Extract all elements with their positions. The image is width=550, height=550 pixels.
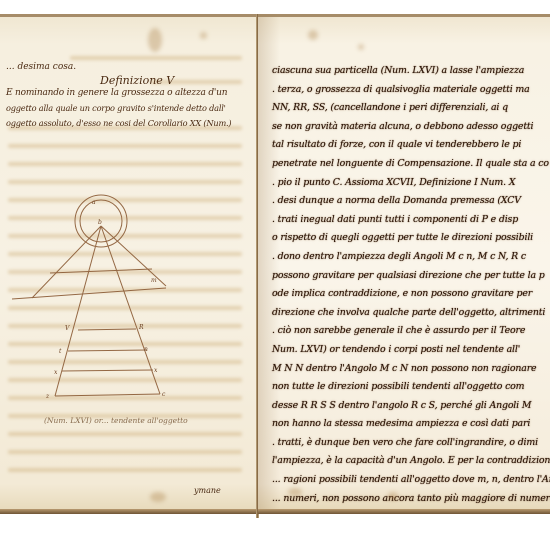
page-top-edge bbox=[258, 14, 550, 17]
text-line: ... ragioni possibili tendenti all'ogget… bbox=[272, 471, 550, 490]
text-line: Num. LXVI) or tendendo i corpi posti nel… bbox=[272, 341, 550, 360]
svg-text:b: b bbox=[98, 219, 102, 226]
geometric-diagram: a b m V R t n x x z c bbox=[0, 14, 258, 514]
page-bottom-edge bbox=[258, 509, 550, 514]
text-line: o rispetto di quegli oggetti per tutte l… bbox=[272, 229, 550, 248]
catchword: ymane bbox=[194, 486, 221, 495]
left-page: ... desima cosa. Definizione V E nominan… bbox=[0, 14, 258, 514]
foxing-stain bbox=[288, 488, 302, 496]
text-line: . pio il punto C. Assioma XCVII, Definiz… bbox=[272, 174, 550, 193]
text-line: NN, RR, SS, (cancellandone i peri differ… bbox=[272, 99, 550, 118]
text-line: ... numeri, non possono ancora tanto più… bbox=[272, 490, 550, 509]
foxing-stain bbox=[388, 492, 398, 500]
svg-text:V: V bbox=[65, 325, 70, 332]
text-line: . desi dunque a norma della Domanda prem… bbox=[272, 192, 550, 211]
svg-text:R: R bbox=[138, 324, 144, 331]
text-line: direzione che involva qualche parte dell… bbox=[272, 304, 550, 323]
svg-text:t: t bbox=[59, 348, 62, 355]
text-line: non hanno la stessa medesima ampiezza e … bbox=[272, 415, 550, 434]
foxing-stain bbox=[308, 30, 318, 40]
text-line: non tutte le direzioni possibili tendent… bbox=[272, 378, 550, 397]
text-line: ode implica contraddizione, e non posson… bbox=[272, 285, 550, 304]
text-line: . terza, o grossezza di qualsivoglia mat… bbox=[272, 81, 550, 100]
text-line: tal risultato di forze, con il quale vi … bbox=[272, 136, 550, 155]
manuscript-text: ciascuna sua particella (Num. LXVI) a la… bbox=[272, 62, 550, 514]
text-line: possono gravitare per qualsiasi direzion… bbox=[272, 267, 550, 286]
svg-text:a: a bbox=[92, 199, 96, 206]
svg-text:n: n bbox=[144, 346, 148, 353]
text-line: M N N dentro l'Angolo M c N non possono … bbox=[272, 360, 550, 379]
right-page: ciascuna sua particella (Num. LXVI) a la… bbox=[258, 14, 550, 514]
foxing-stain bbox=[358, 44, 364, 50]
foxing-stain bbox=[150, 492, 166, 502]
svg-text:m: m bbox=[151, 277, 157, 284]
text-line: desse R R S S dentro l'angolo R c S, per… bbox=[272, 397, 550, 416]
page-bottom-edge bbox=[0, 509, 258, 514]
faded-line: (Num. LXVI) or... tendente all'oggetto bbox=[44, 416, 188, 425]
svg-text:x: x bbox=[154, 367, 158, 374]
text-line: . dono dentro l'ampiezza degli Angoli M … bbox=[272, 248, 550, 267]
svg-text:c: c bbox=[162, 391, 166, 398]
text-line: penetrate nel longuente di Compensazione… bbox=[272, 155, 550, 174]
foxing-stain bbox=[148, 28, 162, 52]
text-line: . trati inegual dati punti tutti i compo… bbox=[272, 211, 550, 230]
text-line: se non gravità materia alcuna, o debbono… bbox=[272, 118, 550, 137]
text-line: l'ampiezza, è la capacità d'un Angolo. E… bbox=[272, 452, 550, 471]
text-line: ciascuna sua particella (Num. LXVI) a la… bbox=[272, 62, 550, 81]
text-line: . ciò non sarebbe generale il che è assu… bbox=[272, 322, 550, 341]
svg-text:x: x bbox=[54, 369, 58, 376]
text-line: . tratti, è dunque ben vero che fare col… bbox=[272, 434, 550, 453]
open-manuscript: ... desima cosa. Definizione V E nominan… bbox=[0, 14, 550, 520]
foxing-stain bbox=[200, 32, 207, 39]
svg-text:z: z bbox=[45, 393, 50, 400]
